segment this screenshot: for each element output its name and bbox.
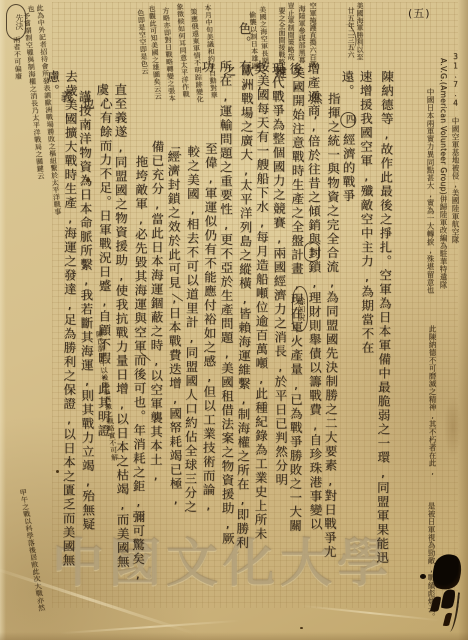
- ink-speck: [56, 470, 59, 473]
- heading-number-circled: 四: [340, 112, 356, 128]
- manuscript-column: 至偉,軍運似仍有不能應付裕如之感,但以工業技術而論,: [199, 142, 220, 526]
- circled-correction: 餘如說: [292, 286, 308, 332]
- scan-edge-right: [458, 0, 468, 640]
- manuscript-column: 經濟封鎖之效於此可見,日本戰費迭增,國帑耗竭已極,: [164, 150, 185, 520]
- margin-note: 豈止軍制間策略哉: [286, 2, 295, 64]
- manuscript-column: 拖垮敵軍,必先毀其海運與空軍而後可也。年消耗之鉅,彌可驚矣,: [128, 155, 150, 595]
- margin-note: 要之全面間接戰略也: [277, 7, 286, 73]
- manuscript-column: 所在,運輸問題之重要性,更不亞於生產問題,美國租借法案之物資援助,厥功: [216, 60, 237, 556]
- margin-note: 中國日本兩軍實力異同點甚大,實為一大轉捩,殊堪留意也: [426, 88, 435, 338]
- margin-note: 海陸軍參謀部黑幕: [297, 5, 306, 67]
- margin-note: 空軍掩護直搗六百萬: [308, 2, 317, 68]
- manuscript-scan: 中國文化大學 (五) 陳納德等,故作此最後之掙扎。空軍為日本軍備中最脆弱之一環,…: [0, 0, 468, 640]
- ink-speck: [86, 178, 90, 182]
- scan-edge-left: [0, 0, 6, 640]
- ink-speck: [300, 627, 303, 629]
- margin-note: 美國海軍勝利以至: [355, 2, 364, 62]
- heading-title: 經濟的戰爭: [341, 133, 356, 203]
- circled-correction: 對: [304, 242, 320, 262]
- ink-dot: [420, 574, 426, 579]
- manuscript-column: 去歲美國擴大戰時生產,海運之發達,足為勝利之保證,以日本之匱乏而美國無慮。: [59, 70, 80, 594]
- circled-note: 先決: [6, 4, 26, 40]
- page-number: (五): [408, 5, 431, 21]
- margin-note: 此陳納德不可磨滅之精神,其不朽者在此,: [428, 325, 437, 500]
- scan-edge-bottom: [0, 632, 468, 640]
- margin-note-avg: A.V.G.(American Volunteer Group)併歸陸軍改編為駐…: [439, 58, 448, 340]
- manuscript-column: 速增援我國空軍,殲敵空中主力,為期當不在遠。: [356, 70, 376, 370]
